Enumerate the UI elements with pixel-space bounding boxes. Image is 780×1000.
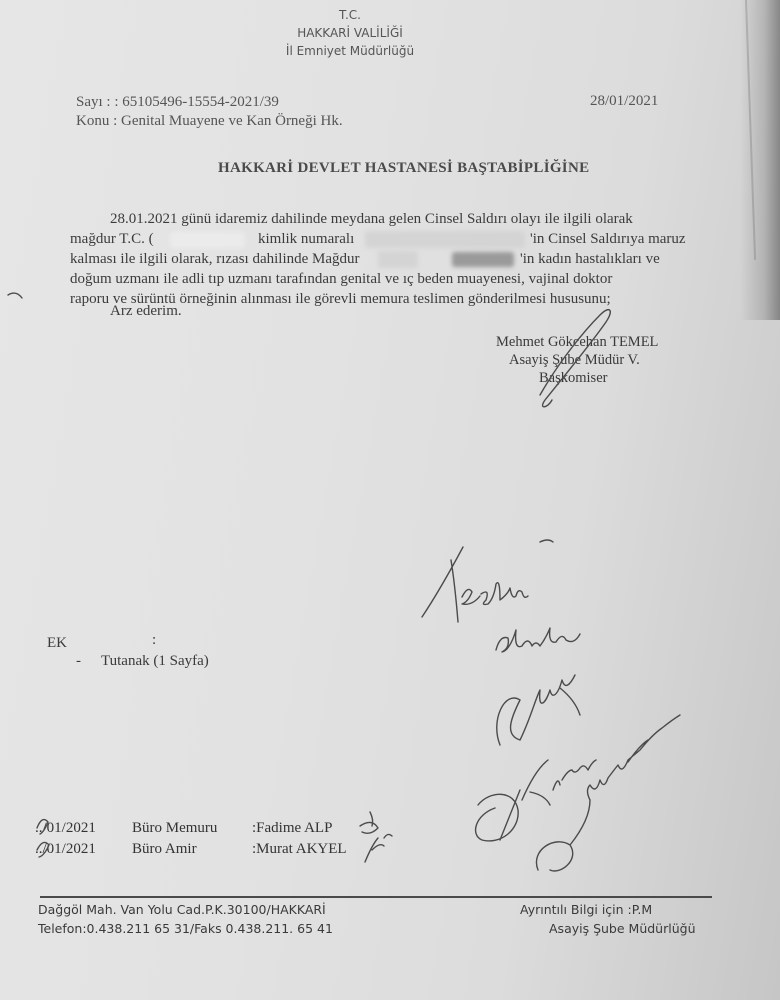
staff-name-1: :Fadime ALP [252,820,332,837]
closing-line: Arz ederim. [110,301,182,321]
redacted-id-number [170,232,245,248]
handwritten-almadim [496,628,580,652]
footer-phone: Telefon:0.438.211 65 31/Faks 0.438.211. … [38,921,333,936]
subject-line: Konu : Genital Muayene ve Kan Örneği Hk. [76,113,343,130]
margin-pen-mark [8,293,22,298]
staff-role-1: Büro Memuru [132,820,217,837]
document-page: T.C. HAKKARİ VALİLİĞİ İl Emniyet Müdürlü… [0,0,780,1000]
redacted-victim-name-2a [378,251,418,268]
body-line-2c: 'in Cinsel Saldırıya maruz [530,229,686,249]
letterhead-governorship: HAKKARİ VALİLİĞİ [0,26,700,40]
page-edge-shadow [740,0,780,320]
attachment-item: Tutanak (1 Sayfa) [101,653,209,670]
staff-date-2: ../01/2021 [35,841,96,858]
recipient-title: HAKKARİ DEVLET HASTANESİ BAŞTABİPLİĞİNE [218,160,589,177]
redacted-victim-name [365,231,525,248]
staff-role-2: Büro Amir [132,841,197,858]
signatory-title: Asayiş Şube Müdür V. [509,352,640,369]
body-line-3b: 'in kadın hastalıkları ve [520,249,660,269]
redacted-victim-name-2b [452,252,514,267]
footer-divider [40,896,712,898]
footer-info-unit: Asayiş Şube Müdürlüğü [549,921,696,936]
handwritten-teslim [422,540,553,622]
handwriting-layer [0,0,780,1000]
signatory-name: Mehmet Gökcehan TEMEL [496,334,658,351]
handwritten-signature-kiraz [476,760,596,841]
footer-info-label: Ayrıntılı Bilgi için :P.M [520,902,652,917]
footer-address: Dağgöl Mah. Van Yolu Cad.P.K.30100/HAKKA… [38,902,326,917]
document-date: 28/01/2021 [590,93,658,110]
handwritten-signature-1 [497,675,580,745]
attachments-separator: : [152,632,156,649]
initials-murat [365,834,392,862]
letterhead-directorate: İl Emniyet Müdürlüğü [0,44,700,58]
signatory-rank: Başkomiser [539,370,607,387]
letterhead: T.C. HAKKARİ VALİLİĞİ İl Emniyet Müdürlü… [0,0,700,70]
body-line-2b: kimlik numaralı [258,229,354,249]
attachment-bullet: - [76,653,81,670]
body-line-1: 28.01.2021 günü idaremiz dahilinde meyda… [110,209,633,229]
body-line-4: doğum uzmanı ile adli tıp uzmanı tarafın… [70,269,612,289]
staff-name-2: :Murat AKYEL [252,841,347,858]
letterhead-tc: T.C. [0,8,700,22]
attachments-label: EK [47,635,67,652]
body-line-3a: kalması ile ilgili olarak, rızası dahili… [70,249,360,269]
initials-fadime [360,812,378,833]
staff-date-1: ../01/2021 [35,820,96,837]
body-line-2a: mağdur T.C. ( [70,229,154,249]
handwritten-signature-gamze [536,715,680,871]
reference-number: Sayı : : 65105496-15554-2021/39 [76,94,279,111]
